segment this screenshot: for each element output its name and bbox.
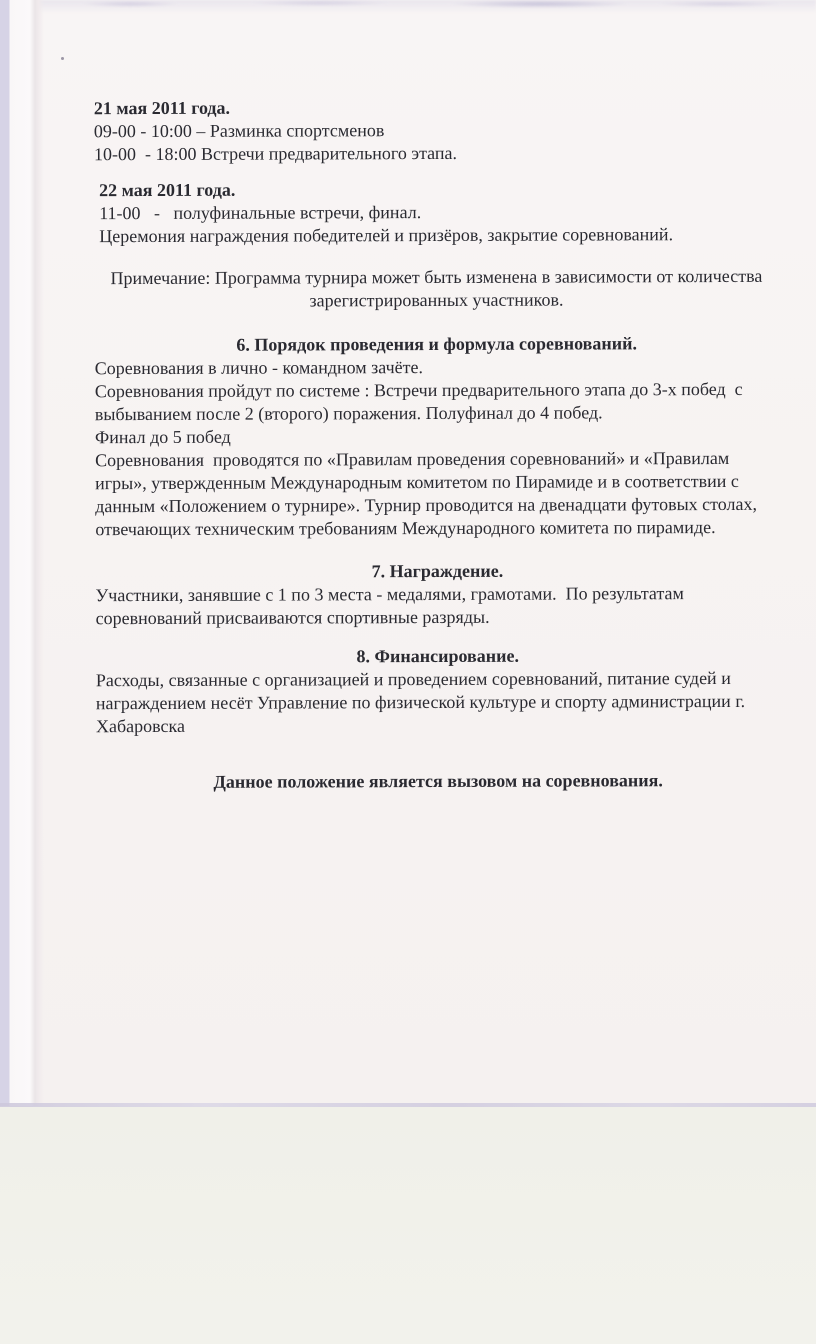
scan-speck xyxy=(61,57,64,60)
day1-line-2: 10-00 - 18:00 Встречи предварительного э… xyxy=(94,141,778,166)
day1-line-1: 09-00 - 10:00 – Разминка спортсменов xyxy=(94,118,778,143)
section-7-heading: 7. Награждение. xyxy=(95,559,779,584)
scanned-page: 21 мая 2011 года. 09-00 - 10:00 – Размин… xyxy=(0,0,816,1344)
section-7-paragraph-1: Участники, занявшие с 1 по 3 места - мед… xyxy=(95,582,779,630)
day2-heading: 22 мая 2011 года. xyxy=(99,177,778,202)
schedule-day-2: 22 мая 2011 года. 11-00 - полуфинальные … xyxy=(94,177,778,248)
section-8: 8. Финансирование. Расходы, связанные с … xyxy=(96,644,780,738)
section-6-heading: 6. Порядок проведения и формула соревнов… xyxy=(95,332,779,357)
day2-line-1: 11-00 - полуфинальные встречи, финал. xyxy=(99,200,778,225)
page-left-edge xyxy=(0,0,44,1106)
day1-heading: 21 мая 2011 года. xyxy=(94,95,778,120)
section-6-paragraph-2: Соревнования пройдут по системе : Встреч… xyxy=(95,378,779,426)
section-8-paragraph-1: Расходы, связанные с организацией и пров… xyxy=(96,667,780,738)
schedule-day-1: 21 мая 2011 года. 09-00 - 10:00 – Размин… xyxy=(94,95,778,166)
section-7: 7. Награждение. Участники, занявшие с 1 … xyxy=(95,559,779,630)
section-6-paragraph-1: Соревнования в лично - командном зачёте. xyxy=(95,355,779,380)
document-footer-statement: Данное положение является вызовом на сор… xyxy=(96,769,780,794)
scan-artifact-top-bleed xyxy=(0,0,816,13)
document-content: 21 мая 2011 года. 09-00 - 10:00 – Размин… xyxy=(94,95,780,794)
section-6-paragraph-3: Финал до 5 побед xyxy=(95,424,779,449)
day2-line-2: Церемония награждения победителей и приз… xyxy=(99,223,778,248)
section-8-heading: 8. Финансирование. xyxy=(96,644,780,669)
schedule-note: Примечание: Программа турнира может быть… xyxy=(94,265,778,313)
scanner-background xyxy=(0,1107,816,1344)
section-6-paragraph-4: Соревнования проводятся по «Правилам про… xyxy=(95,447,779,541)
section-6: 6. Порядок проведения и формула соревнов… xyxy=(95,332,780,541)
